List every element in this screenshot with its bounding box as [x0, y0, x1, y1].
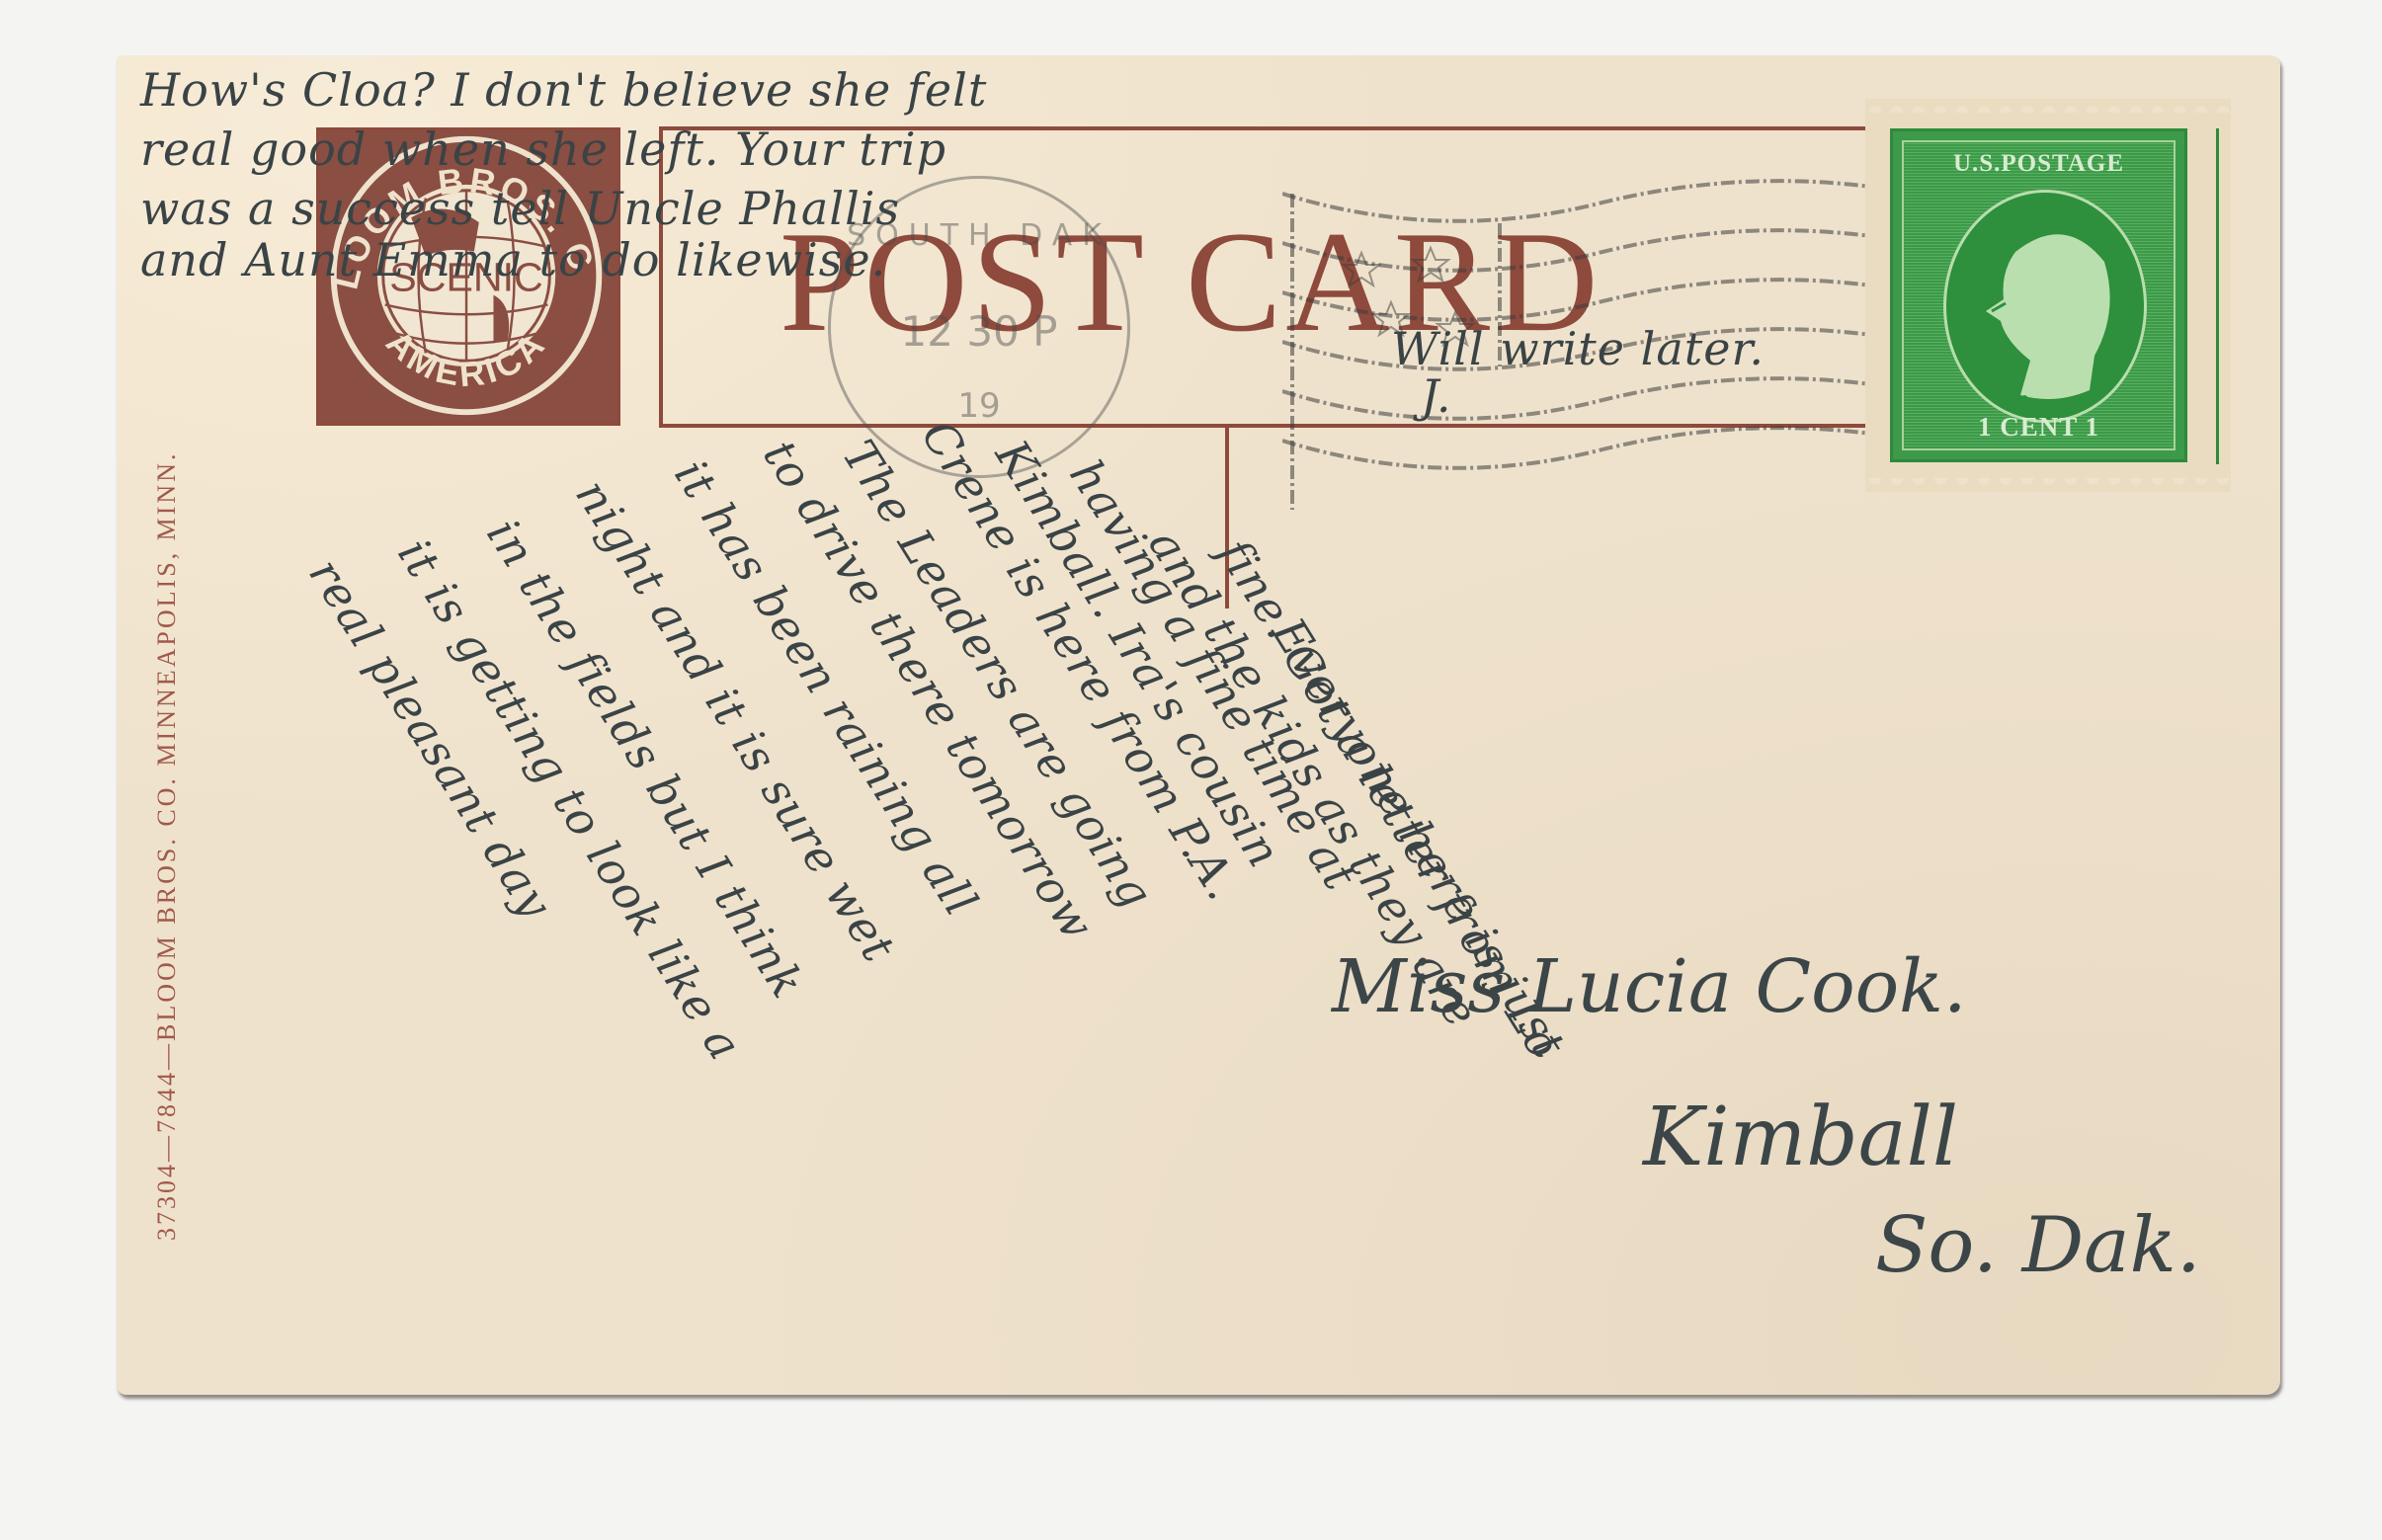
message-line: and Aunt Emma to do likewise. — [140, 233, 886, 286]
recipient-state: So. Dak. — [1875, 1201, 2201, 1290]
stamp-perforation — [1865, 478, 2231, 492]
message-line: How's Cloa? I don't believe she felt — [140, 63, 987, 117]
postmark-time: 12 30 P — [831, 307, 1127, 356]
washington-portrait-icon — [1943, 190, 2147, 423]
stamp-bottom-text: 1 CENT 1 — [1904, 412, 2174, 443]
postage-stamp: U.S.POSTAGE 1 CENT 1 — [1865, 99, 2231, 492]
message-line: Will write later. — [1391, 322, 1765, 375]
stamp-top-text: U.S.POSTAGE — [1904, 150, 2174, 178]
stamp-edge-line — [2216, 128, 2219, 464]
stamp-perforation — [1865, 99, 2231, 113]
postmark-year: 19 — [831, 386, 1127, 426]
recipient-city: Kimball — [1643, 1091, 1958, 1184]
stamp-frame: U.S.POSTAGE 1 CENT 1 — [1890, 128, 2187, 462]
postcard: 37304—7844—BLOOM BROS. CO. MINNEAPOLIS, … — [117, 55, 2280, 1395]
publisher-imprint: 37304—7844—BLOOM BROS. CO. MINNEAPOLIS, … — [152, 451, 182, 1242]
message-line: was a success tell Uncle Phallis — [140, 182, 900, 235]
recipient-name: Miss Lucia Cook. — [1332, 944, 1967, 1029]
message-line: real good when she left. Your trip — [140, 122, 946, 176]
message-signature: J. — [1421, 369, 1452, 423]
